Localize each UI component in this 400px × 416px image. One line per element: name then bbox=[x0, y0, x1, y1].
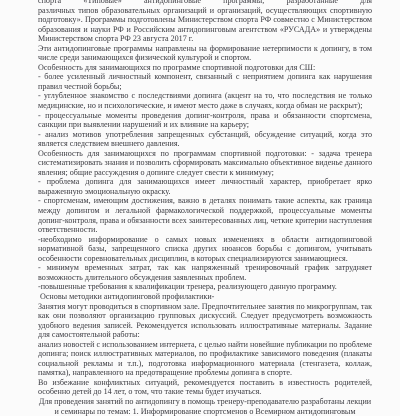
document-line: - минимум временных затрат, так как напр… bbox=[38, 263, 372, 273]
document-line: различных типов образовательных организа… bbox=[38, 6, 372, 16]
document-line: допинга; поиск иллюстративных материалов… bbox=[38, 349, 372, 359]
document-line: спорта «Типовые» антидопинговые программ… bbox=[38, 0, 372, 6]
document-line: удобного ведения записей. Рекомендуется … bbox=[38, 321, 372, 331]
document-line: медицинские, но и психологические, и име… bbox=[38, 101, 372, 111]
document-line: Особенность для занимающихся по программ… bbox=[38, 149, 372, 159]
document-line: возможность длительного обсуждения заявл… bbox=[38, 273, 372, 283]
document-line: Эти антидопинговые программы направлены … bbox=[38, 44, 372, 54]
document-line: Основы методики антидопинговой профилакт… bbox=[38, 292, 372, 302]
document-page: спорта «Типовые» антидопинговые программ… bbox=[38, 0, 372, 400]
document-line: Во избежание конфликтных ситуаций, реком… bbox=[38, 378, 372, 388]
document-line: числе среди занимающихся физической куль… bbox=[38, 53, 372, 63]
document-line: допинг-контроля, права и обязанности все… bbox=[38, 216, 372, 226]
document-line: особенности соревновательных дисциплин, … bbox=[38, 254, 372, 264]
document-line: правил честной борьбы; bbox=[38, 82, 372, 92]
document-line: подготовку». Программы подготовлены Мини… bbox=[38, 15, 372, 25]
document-line: является следствием внешнего давления. bbox=[38, 139, 372, 149]
document-line: ответственности. bbox=[38, 225, 372, 235]
document-line: санкции при выявлении нарушений и их вли… bbox=[38, 120, 372, 130]
document-line: Министерством спорта РФ 23 августа 2017 … bbox=[38, 34, 372, 44]
document-line: памятка), направленного на предотвращени… bbox=[38, 368, 372, 378]
document-line: явления; общие рассуждения о допинге сле… bbox=[38, 168, 372, 178]
document-line: образования и науки РФ и Российским анти… bbox=[38, 25, 372, 35]
document-line: -повышенные требования к квалификации тр… bbox=[38, 282, 372, 292]
document-line: систематизировать знания и позволить сфо… bbox=[38, 158, 372, 168]
document-line: - анализ мотивов употребления запрещенны… bbox=[38, 130, 372, 140]
document-line: - спортсменам, имеющим достижения, важно… bbox=[38, 196, 372, 206]
document-line: для самостоятельной работы: bbox=[38, 330, 372, 340]
document-line: Особенность для занимающихся по программ… bbox=[38, 63, 372, 73]
document-line: выраженную эмоциональную окраску. bbox=[38, 187, 372, 197]
document-line: - углубленное знакомство с последствиями… bbox=[38, 91, 372, 101]
document-line: - проблема допинга для занимающихся имее… bbox=[38, 177, 372, 187]
document-line: - более усиленный личностный компонент, … bbox=[38, 72, 372, 82]
document-line: между допингом и легальной фармакологиче… bbox=[38, 206, 372, 216]
document-line: -необходимо информирование о самых новых… bbox=[38, 235, 372, 245]
document-line: особенно детей до 14 лет, о том, что так… bbox=[38, 387, 372, 397]
document-line: как они позволяют организацию групповых … bbox=[38, 311, 372, 321]
document-line: социальной рекламы и т.п.), подготовка и… bbox=[38, 359, 372, 369]
document-line: анализ новостей с использованием интерне… bbox=[38, 340, 372, 350]
document-line: Занятия могут проводиться в спортивном з… bbox=[38, 302, 372, 312]
document-line: - процессуальные моменты проведения допи… bbox=[38, 111, 372, 121]
document-line: нормативной базы, запрещенного списка др… bbox=[38, 244, 372, 254]
